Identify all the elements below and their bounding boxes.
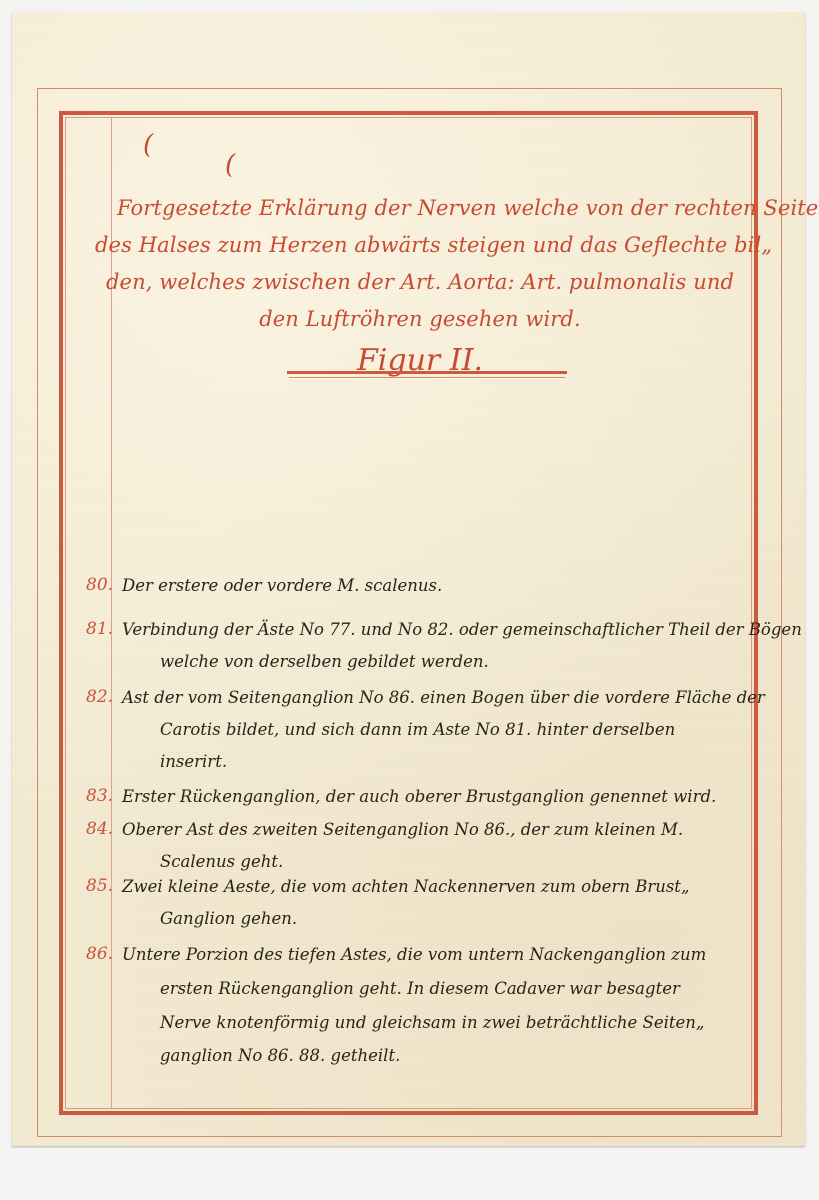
entry-number: 86. bbox=[86, 944, 122, 964]
title-line: des Halses zum Herzen abwärts steigen un… bbox=[95, 227, 745, 264]
title-line: den Luftröhren gesehen wird. bbox=[95, 301, 745, 338]
entry-number: 83. bbox=[86, 786, 122, 806]
entry-text: ersten Rückenganglion geht. In diesem Ca… bbox=[160, 979, 680, 998]
ornament-flourish-icon: ( bbox=[225, 150, 235, 180]
entry-number: 81. bbox=[86, 619, 122, 639]
entry-text: Nerve knotenförmig und gleichsam in zwei… bbox=[160, 1013, 704, 1032]
entry-text: Carotis bildet, und sich dann im Aste No… bbox=[160, 720, 675, 739]
entry-text: Verbindung der Äste No 77. und No 82. od… bbox=[122, 620, 802, 639]
entry-text: ganglion No 86. 88. getheilt. bbox=[160, 1046, 400, 1065]
document-title: Fortgesetzte Erklärung der Nerven welche… bbox=[95, 190, 745, 384]
entry-text: Untere Porzion des tiefen Astes, die vom… bbox=[122, 945, 706, 964]
entry-text: welche von derselben gebildet werden. bbox=[160, 652, 489, 671]
title-divider-thin bbox=[289, 377, 565, 378]
title-line: den, welches zwischen der Art. Aorta: Ar… bbox=[95, 264, 745, 301]
title-divider bbox=[287, 371, 567, 374]
entry-text: Ganglion gehen. bbox=[160, 909, 297, 928]
title-line: Fortgesetzte Erklärung der Nerven welche… bbox=[95, 190, 745, 227]
entry-text: inserirt. bbox=[160, 752, 227, 771]
entry-number: 82. bbox=[86, 687, 122, 707]
entry-number: 80. bbox=[86, 575, 122, 595]
entry-number: 85. bbox=[86, 876, 122, 896]
ornament-flourish-icon: ( bbox=[143, 130, 153, 160]
entry-text: Scalenus geht. bbox=[160, 852, 283, 871]
entry-text: Ast der vom Seitenganglion No 86. einen … bbox=[122, 688, 765, 707]
entry-number: 84. bbox=[86, 819, 122, 839]
entry-text: Erster Rückenganglion, der auch oberer B… bbox=[122, 787, 716, 806]
entry-text: Der erstere oder vordere M. scalenus. bbox=[122, 576, 442, 595]
entry-text: Oberer Ast des zweiten Seitenganglion No… bbox=[122, 820, 683, 839]
entry-text: Zwei kleine Aeste, die vom achten Nacken… bbox=[122, 877, 690, 896]
